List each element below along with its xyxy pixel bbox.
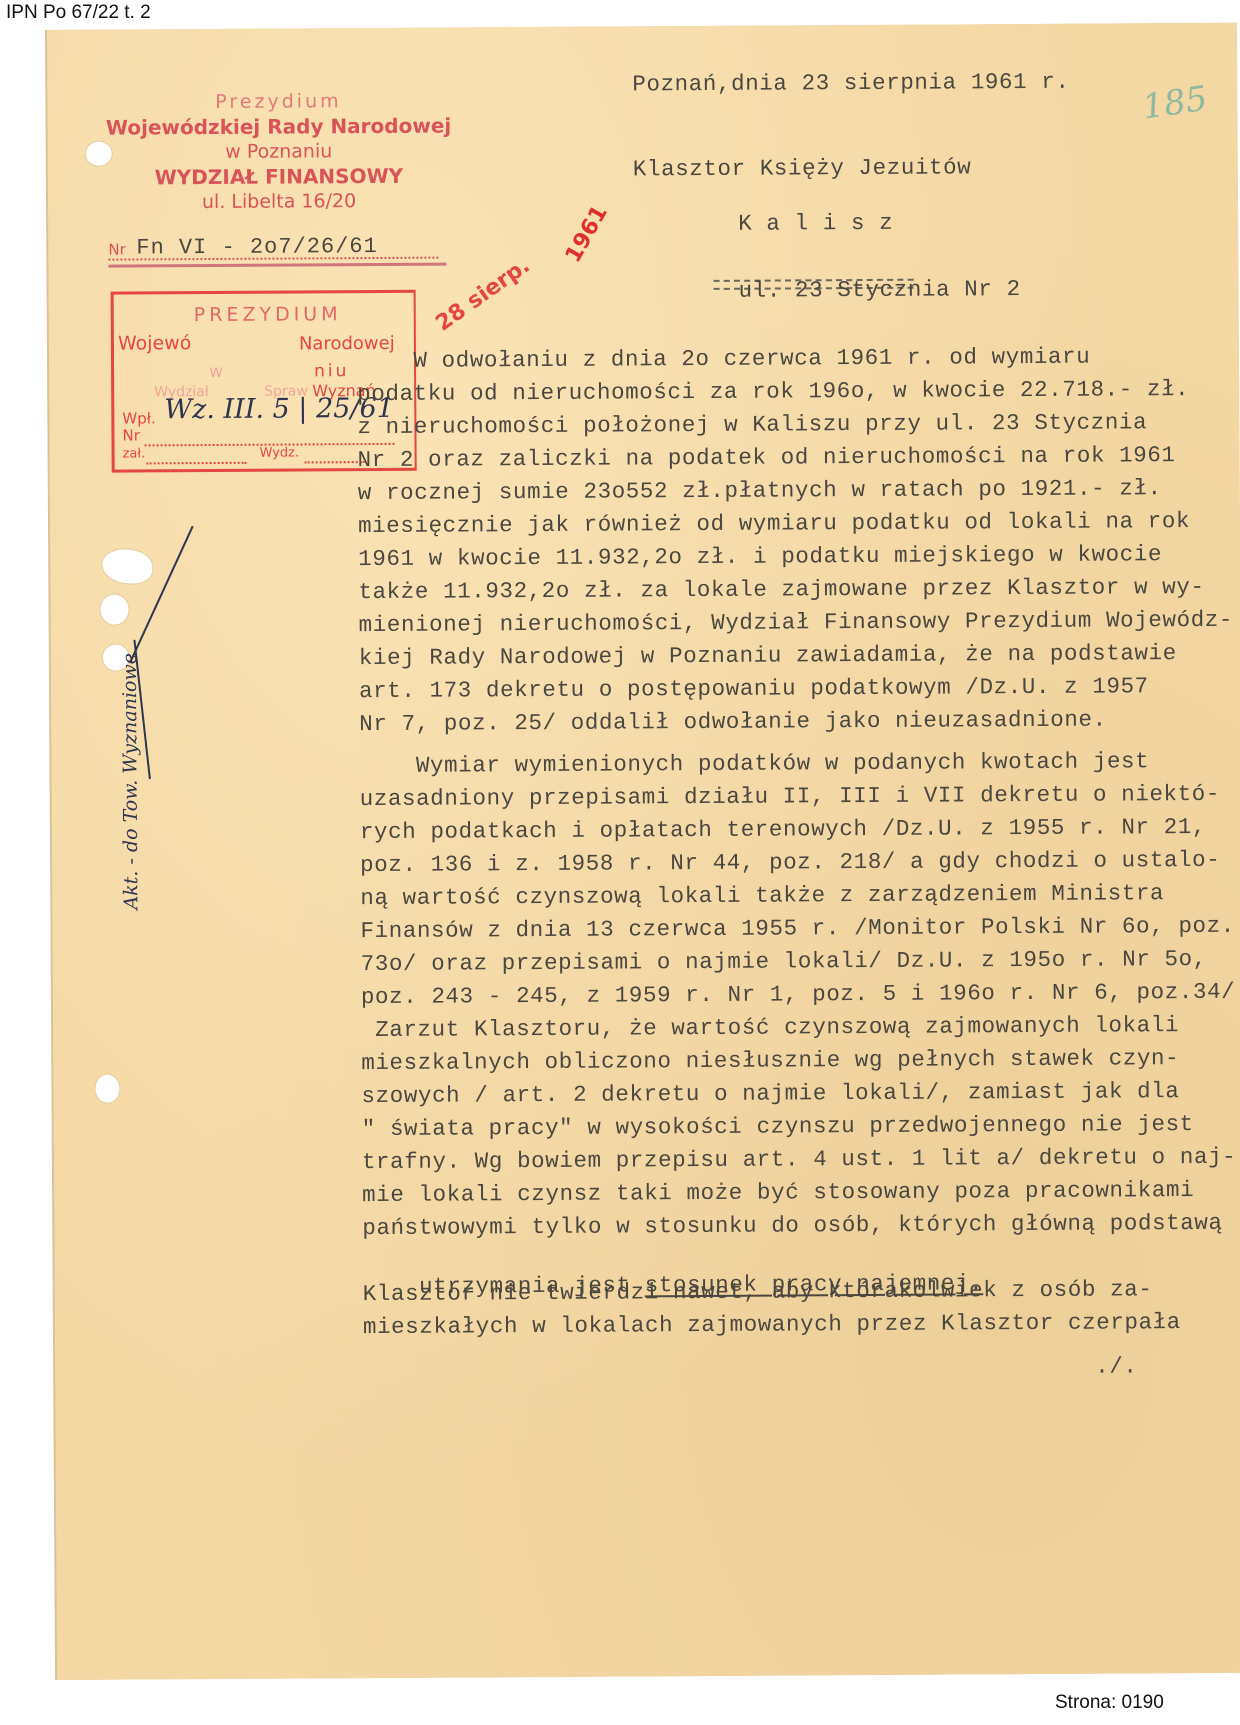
wydz-dotted-line: [305, 461, 365, 463]
punch-hole: [95, 1075, 119, 1103]
body-line: mieszkalnych obliczono niesłusznie wg pe…: [361, 1045, 1179, 1076]
punch-hole: [102, 549, 152, 583]
wpl-label: Wpł.: [122, 409, 155, 427]
continuation-mark: ./.: [1095, 1353, 1137, 1379]
stamp-title: PREZYDIUM: [194, 303, 342, 326]
stamp-line: w Poznaniu: [104, 140, 454, 164]
body-line: 1961 w kwocie 11.932,2o zł. i podatku mi…: [358, 541, 1162, 572]
ref-underline: [108, 263, 446, 268]
body-line: Zarzut Klasztoru, że wartość czynszową z…: [361, 1012, 1179, 1043]
sender-stamp: Prezydium Wojewódzkiej Rady Narodowej w …: [103, 90, 454, 214]
document-page: 185 Prezydium Wojewódzkiej Rady Narodowe…: [47, 23, 1240, 1680]
body-line: mieszkałych w lokalach zajmowanych przez…: [363, 1309, 1181, 1340]
stamp-line: Prezydium: [103, 90, 453, 114]
body-line: poz. 136 i z. 1958 r. Nr 44, poz. 218/ a…: [360, 847, 1220, 878]
body-line: Finansów z dnia 13 czerwca 1955 r. /Moni…: [360, 913, 1234, 944]
recipient-name: Klasztor Księży Jezuitów: [633, 154, 972, 182]
recipient-street: ul. 23 Stycznia Nr 2: [739, 276, 1021, 304]
stamp-line: Wojewó: [118, 332, 192, 354]
body-line: poz. 243 - 245, z 1959 r. Nr 1, poz. 5 i…: [361, 979, 1240, 1010]
place-and-date: Poznań,dnia 23 sierpnia 1961 r.: [632, 69, 1069, 98]
body-line: W odwołaniu z dnia 2o czerwca 1961 r. od…: [357, 344, 1090, 374]
body-line: mie lokali czynsz taki może być stosowan…: [362, 1177, 1194, 1208]
body-line: ną wartość czynszową lokali także z zarz…: [360, 880, 1164, 911]
body-line: " świata pracy" w wysokości czynszu prze…: [362, 1111, 1194, 1142]
body-line: mienionej nieruchomości, Wydział Finanso…: [359, 607, 1233, 638]
reference-number-field: Nr Fn VI - 2o7/26/61: [108, 233, 438, 261]
body-line: trafny. Wg bowiem przepisu art. 4 ust. 1…: [362, 1144, 1236, 1175]
stamp-line: Wojewódzkiej Rady Narodowej: [104, 114, 454, 140]
received-date-stamp: 28 sierp.: [431, 253, 534, 336]
punch-hole: [100, 595, 128, 625]
body-line: Wymiar wymienionych podatków w podanych …: [359, 748, 1149, 779]
body-line: Nr 2 oraz zaliczki na podatek od nieruch…: [358, 442, 1176, 473]
folio-number: 185: [1140, 79, 1210, 128]
stamp-line: ul. Libelta 16/20: [104, 190, 454, 214]
wydz-label: Wydz.: [260, 445, 300, 460]
body-line: także 11.932,2o zł. za lokale zajmowane …: [358, 574, 1204, 605]
body-line: art. 173 dekretu o postępowaniu podatkow…: [359, 673, 1149, 704]
stamp-line: WYDZIAŁ FINANSOWY: [104, 164, 454, 190]
nr-label: Nr: [122, 426, 140, 444]
body-line: uzasadniony przepisami działu II, III i …: [360, 781, 1220, 812]
page-number: Strona: 0190: [1055, 1692, 1164, 1714]
body-line: miesięcznie jak również od wymiaru podat…: [358, 508, 1190, 539]
ref-prefix: Nr: [108, 241, 126, 259]
body-line: Klasztor nie twierdzi nawet, aby którako…: [363, 1276, 1153, 1307]
signature-stroke: [129, 526, 193, 663]
received-year-stamp: 1961: [561, 201, 613, 267]
body-line: podatku od nieruchomości za rok 196o, w …: [357, 376, 1189, 407]
body-line: rych podatkach i opłatach terenowych /Dz…: [360, 814, 1206, 845]
ref-value: Fn VI - 2o7/26/61: [136, 234, 378, 260]
body-line: Nr 7, poz. 25/ oddalił odwołanie jako ni…: [359, 707, 1107, 738]
archive-reference: IPN Po 67/22 t. 2: [6, 2, 151, 24]
zal-dotted-line: [147, 462, 247, 465]
zal-label: zał.: [123, 446, 146, 461]
recipient-city: K a l i s z: [738, 210, 893, 237]
body-line: kiej Rady Narodowej w Poznaniu zawiadami…: [359, 640, 1177, 671]
body-line: z nieruchomości położonej w Kaliszu przy…: [357, 409, 1147, 440]
stamp-line: niu: [314, 361, 349, 381]
body-line: w rocznej sumie 23o552 zł.płatnych w rat…: [358, 475, 1162, 506]
body-line: państwowymi tylko w stosunku do osób, kt…: [362, 1210, 1222, 1241]
body-line: szowych / art. 2 dekretu o najmie lokali…: [361, 1078, 1179, 1109]
body-line: 73o/ oraz przepisami o najmie lokali/ Dz…: [361, 946, 1207, 977]
stamp-line: w: [209, 362, 223, 382]
